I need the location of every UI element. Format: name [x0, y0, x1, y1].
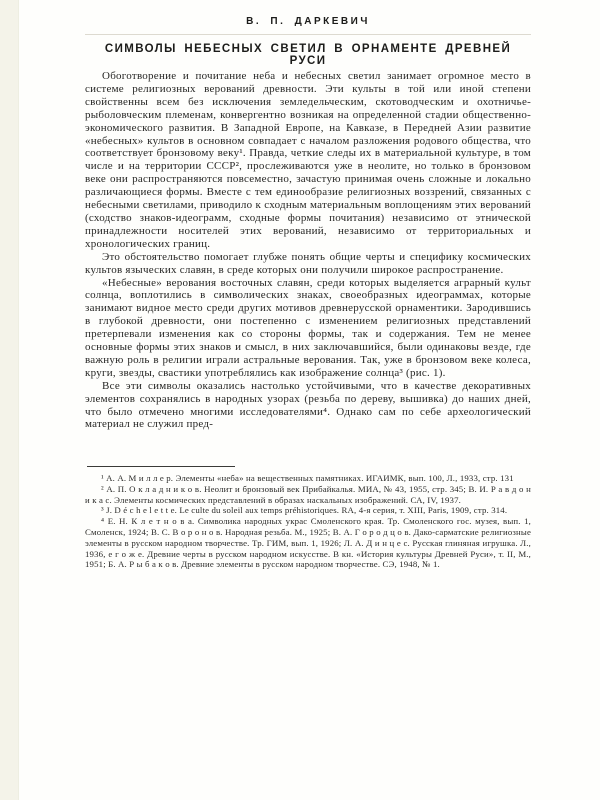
header-divider [85, 34, 531, 35]
page-title: СИМВОЛЫ НЕБЕСНЫХ СВЕТИЛ В ОРНАМЕНТЕ ДРЕВ… [85, 43, 531, 67]
paragraph: «Небесные» верования восточных славян, с… [85, 277, 531, 380]
footnote-divider [87, 466, 235, 467]
scan-edge-shadow [0, 0, 19, 800]
scanned-document-page: В. П. ДАРКЕВИЧ СИМВОЛЫ НЕБЕСНЫХ СВЕТИЛ В… [0, 0, 600, 800]
article-body: Обоготворение и почитание неба и небесны… [85, 70, 531, 466]
author-name: В. П. ДАРКЕВИЧ [85, 16, 531, 27]
paragraph: Это обстоятельство помогает глубже понят… [85, 251, 531, 277]
page-content: В. П. ДАРКЕВИЧ СИМВОЛЫ НЕБЕСНЫХ СВЕТИЛ В… [85, 0, 531, 67]
footnote: ¹ А. А. М и л л е р. Элементы «неба» на … [85, 473, 531, 484]
footnote: ⁴ Е. Н. К л е т н о в а. Символика народ… [85, 516, 531, 570]
footnote: ³ J. D é c h e l e t t e. Le culte du so… [85, 505, 531, 516]
footnote: ² А. П. О к л а д н и к о в. Неолит и бр… [85, 484, 531, 506]
paragraph: Обоготворение и почитание неба и небесны… [85, 70, 531, 251]
paragraph: Все эти символы оказались настолько усто… [85, 380, 531, 432]
footnotes-section: ¹ А. А. М и л л е р. Элементы «неба» на … [85, 466, 531, 570]
